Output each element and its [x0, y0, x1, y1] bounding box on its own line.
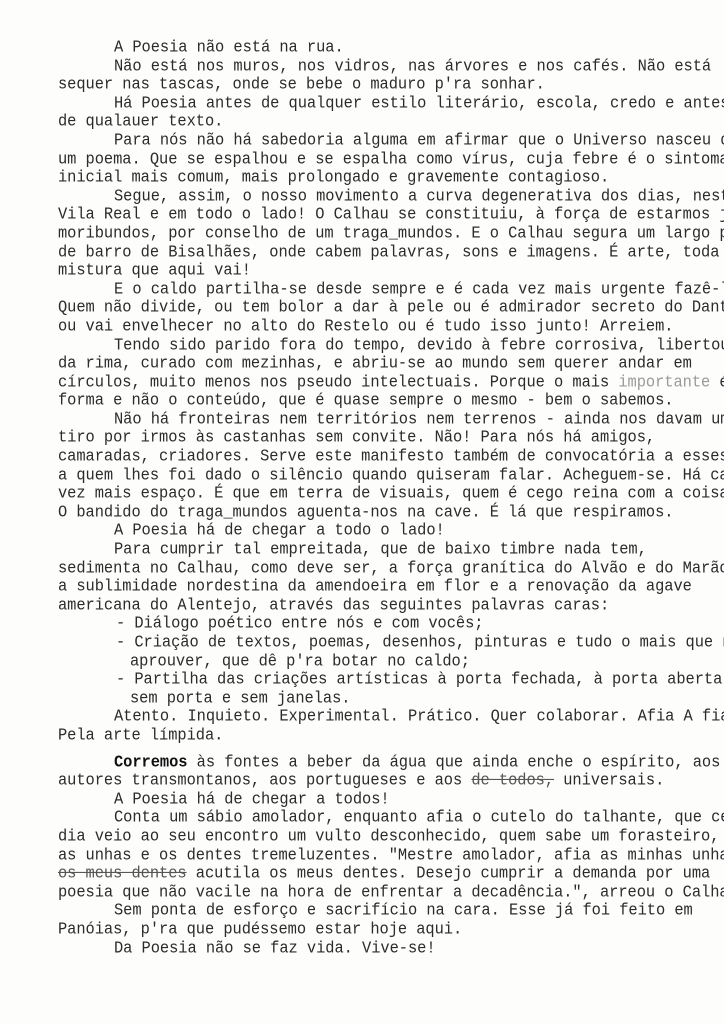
text-line: sequer nas tascas, onde se bebe o maduro… [58, 74, 724, 94]
text-line: círculos, muito menos nos pseudo intelec… [58, 372, 724, 392]
text-line: moribundos, por conselho de um traga_mun… [58, 223, 724, 243]
text-line: sem porta e sem janelas. [58, 688, 724, 708]
text-line: A Poesia há de chegar a todo o lado! [58, 521, 724, 541]
text-line: autores transmontanos, aos portugueses e… [58, 770, 724, 790]
text-line: um poema. Que se espalhou e se espalha c… [58, 149, 724, 169]
text-segment: é a [710, 372, 724, 391]
text-line: tiro por irmos às castanhas sem convite.… [58, 428, 724, 448]
text-line: camaradas, criadores. Serve este manifes… [58, 446, 724, 466]
text-line: Corremos às fontes a beber da água que a… [58, 752, 724, 772]
text-line: inicial mais comum, mais prolongado e gr… [58, 167, 724, 187]
text-line: Há Poesia antes de qualquer estilo liter… [58, 93, 724, 113]
text-line: Não está nos muros, nos vidros, nas árvo… [58, 56, 724, 76]
text-line: Panóias, p'ra que pudéssemo estar hoje a… [58, 919, 724, 939]
bold-word: Corremos [114, 752, 188, 771]
text-line: ou vai envelhecer no alto do Restelo ou … [58, 316, 724, 336]
text-line: Quem não divide, ou tem bolor a dar à pe… [58, 298, 724, 318]
text-line: de qualauer texto. [58, 112, 724, 132]
text-segment: acutila os meus dentes. Desejo cumprir a… [187, 863, 711, 882]
text-line: a quem lhes foi dado o silêncio quando q… [58, 465, 724, 485]
list-item-line: - Diálogo poético entre nós e com vocês; [58, 614, 724, 634]
text-line: Pela arte límpida. [58, 725, 724, 745]
text-line: Conta um sábio amolador, enquanto afia o… [58, 808, 724, 828]
text-segment: autores transmontanos, aos portugueses e… [58, 770, 471, 789]
list-item-line: - Partilha das criações artísticas à por… [58, 669, 724, 689]
text-line: vez mais espaço. É que em terra de visua… [58, 484, 724, 504]
text-line: a sublimidade nordestina da amendoeira e… [58, 576, 724, 596]
text-line: Tendo sido parido fora do tempo, devido … [58, 335, 724, 355]
text-line: sedimenta no Calhau, como deve ser, a fo… [58, 558, 724, 578]
struck-text: de todos, [471, 770, 554, 789]
text-line: A Poesia não está na rua. [58, 37, 724, 57]
text-line: E o caldo partilha-se desde sempre e é c… [58, 279, 724, 299]
text-line: poesia que não vacile na hora de enfrent… [58, 882, 724, 902]
text-line: O bandido do traga_mundos aguenta-nos na… [58, 502, 724, 522]
text-segment: círculos, muito menos nos pseudo intelec… [58, 372, 618, 391]
manifesto-body: A Poesia não está na rua.Não está nos mu… [58, 38, 724, 957]
text-line: as unhas e os dentes tremeluzentes. "Mes… [58, 845, 724, 865]
text-line: de barro de Bisalhães, onde cabem palavr… [58, 242, 724, 262]
list-item-line: - Criação de textos, poemas, desenhos, p… [58, 632, 724, 652]
text-line: Para cumprir tal empreitada, que de baix… [58, 539, 724, 559]
text-line: mistura que aqui vai! [58, 260, 724, 280]
text-line: os meus dentes acutila os meus dentes. D… [58, 863, 724, 883]
text-line: americana do Alentejo, através das segui… [58, 595, 724, 615]
text-line: dia veio ao seu encontro um vulto descon… [58, 826, 724, 846]
text-line: da rima, curado com mezinhas, e abriu-se… [58, 353, 724, 373]
text-segment: às fontes a beber da água que ainda ench… [188, 752, 721, 771]
text-line: forma e não o conteúdo, que é quase semp… [58, 391, 724, 411]
text-line: Vila Real e em todo o lado! O Calhau se … [58, 205, 724, 225]
text-line: Sem ponta de esforço e sacrifício na car… [58, 901, 724, 921]
text-line: Atento. Inquieto. Experimental. Prático.… [58, 707, 724, 727]
text-line: Para nós não há sabedoria alguma em afir… [58, 130, 724, 150]
typewritten-page: A Poesia não está na rua.Não está nos mu… [0, 0, 724, 1024]
text-line: Segue, assim, o nosso movimento a curva … [58, 186, 724, 206]
text-line: Da Poesia não se faz vida. Vive-se! [58, 938, 724, 958]
text-line: aprouver, que dê p'ra botar no caldo; [58, 651, 724, 671]
text-line: Não há fronteiras nem territórios nem te… [58, 409, 724, 429]
text-segment: universais. [554, 770, 664, 789]
struck-text: os meus dentes [58, 863, 187, 882]
text-line: A Poesia há de chegar a todos! [58, 789, 724, 809]
faded-text: importante [618, 372, 710, 391]
